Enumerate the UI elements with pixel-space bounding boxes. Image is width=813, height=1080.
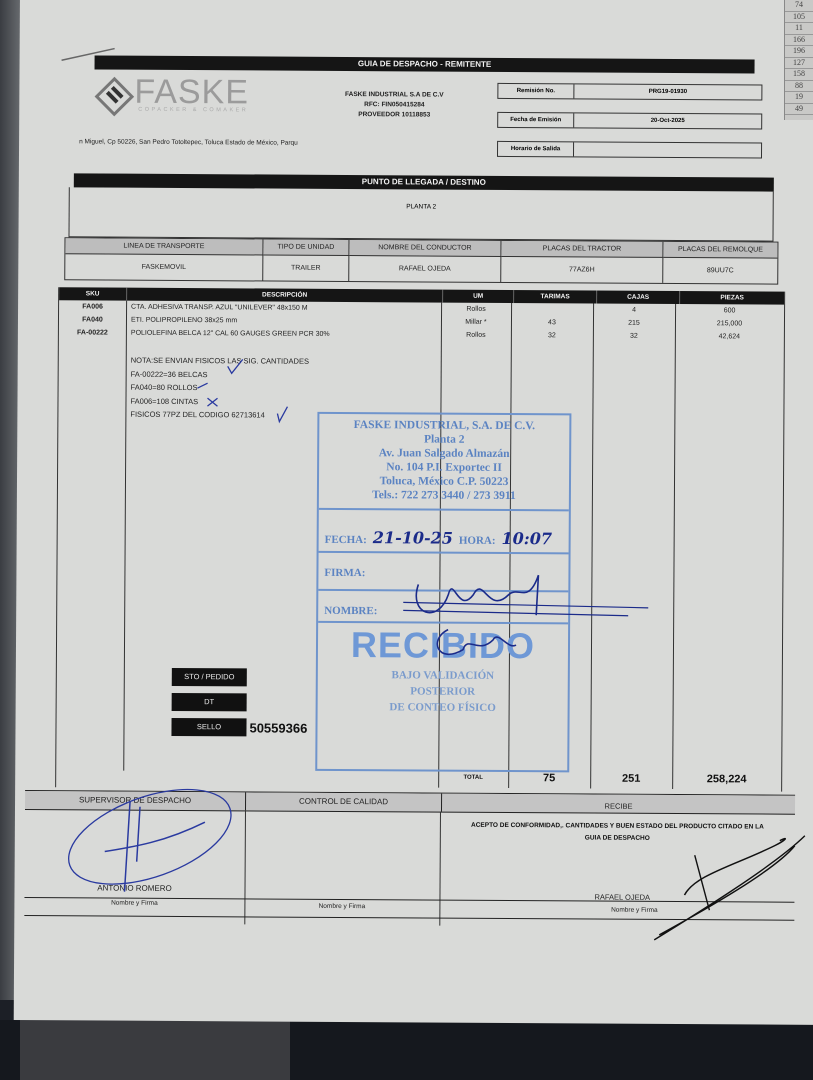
total-tarimas: 75: [508, 772, 590, 785]
horario-salida-value: [574, 142, 761, 157]
received-stamp: FASKE INDUSTRIAL, S.A. DE C.V. Planta 2 …: [315, 412, 571, 773]
receiver-signature: [398, 554, 669, 666]
calidad-caption: Nombre y Firma: [244, 902, 439, 910]
cell-piezas: 215,000: [675, 317, 784, 331]
fecha-emision-value: 20-Oct-2025: [574, 113, 761, 128]
cell-sku: FA040: [59, 313, 126, 326]
total-piezas: 258,224: [672, 773, 781, 786]
company-address: n Miguel, Cp 50226, San Pedro Totoltepec…: [79, 138, 298, 146]
trailer-plates: 89UU7C: [663, 258, 777, 284]
driver-name: RAFAEL OJEDA: [349, 256, 501, 282]
cell-tarimas: 43: [511, 316, 593, 330]
order-boxes: STO / PEDIDO DT SELLO 50559366: [171, 668, 307, 737]
dt-box: DT: [172, 693, 247, 711]
tractor-plates: 77AZ6H: [501, 257, 663, 283]
document-title: GUIA DE DESPACHO - REMITENTE: [95, 55, 755, 73]
cell-cajas: 32: [593, 330, 675, 344]
received-time: 10:07: [502, 529, 553, 548]
cell-tarimas: [511, 303, 593, 317]
field-fecha-emision: Fecha de Emisión 20-Oct-2025: [497, 112, 762, 130]
staple-line: [60, 45, 120, 65]
dispatch-guide-page: GUIA DE DESPACHO - REMITENTE FASKE COPAC…: [14, 0, 813, 1025]
background-table: [0, 1020, 813, 1080]
destination-section: PUNTO DE LLEGADA / DESTINO PLANTA 2: [68, 173, 773, 241]
field-horario-salida: Horario de Salida: [497, 141, 762, 159]
sto-pedido-box: STO / PEDIDO: [172, 668, 247, 686]
transport-line: FASKEMOVIL: [65, 254, 263, 280]
sello-number: 50559366: [249, 720, 307, 735]
remision-number: PRG19-01930: [574, 84, 761, 99]
logo-diamond-icon: [95, 77, 135, 117]
header-fields: Remisión No. PRG19-01930 Fecha de Emisió…: [497, 83, 762, 159]
calidad-title: CONTROL DE CALIDAD: [246, 792, 442, 811]
company-proveedor: PROVEEDOR 10118853: [319, 110, 469, 121]
unit-type: TRAILER: [263, 255, 349, 281]
cell-tarimas: 32: [511, 329, 593, 343]
cell-cajas: 215: [593, 317, 675, 331]
cell-piezas: 42,624: [675, 330, 784, 344]
logo-tagline: COPACKER & COMAKER: [138, 107, 248, 114]
total-cajas: 251: [590, 772, 672, 785]
destination-value: PLANTA 2: [68, 187, 773, 241]
supervisor-signature: [54, 781, 255, 902]
received-date: 21-10-25: [373, 528, 453, 547]
recibe-signature: [614, 815, 813, 946]
cell-cajas: 4: [593, 304, 675, 318]
stamp-fecha-hora: FECHA: 21-10-25 HORA: 10:07: [319, 510, 569, 549]
recibe-title: RECIBE: [442, 794, 795, 814]
signatures-section: SUPERVISOR DE DESPACHO CONTROL DE CALIDA…: [24, 790, 795, 928]
cell-um: Millar *: [441, 316, 511, 329]
sello-box: SELLO: [171, 718, 246, 736]
transport-table: LINEA DE TRANSPORTE FASKEMOVIL TIPO DE U…: [64, 237, 778, 284]
cell-um: Rollos: [441, 329, 511, 342]
company-logo: FASKE COPACKER & COMAKER: [94, 74, 294, 115]
cell-sku: FA006: [59, 300, 126, 313]
field-remision: Remisión No. PRG19-01930: [497, 83, 762, 101]
company-info: FASKE INDUSTRIAL S.A DE C.V RFC: FIN0504…: [319, 90, 469, 121]
cell-sku: FA-00222: [59, 326, 126, 339]
check-marks: [127, 301, 428, 453]
background-sheet: 74 105 11 166 196 127 158 88 19 49: [784, 0, 813, 120]
cell-um: Rollos: [441, 303, 511, 316]
cell-piezas: 600: [675, 304, 784, 318]
